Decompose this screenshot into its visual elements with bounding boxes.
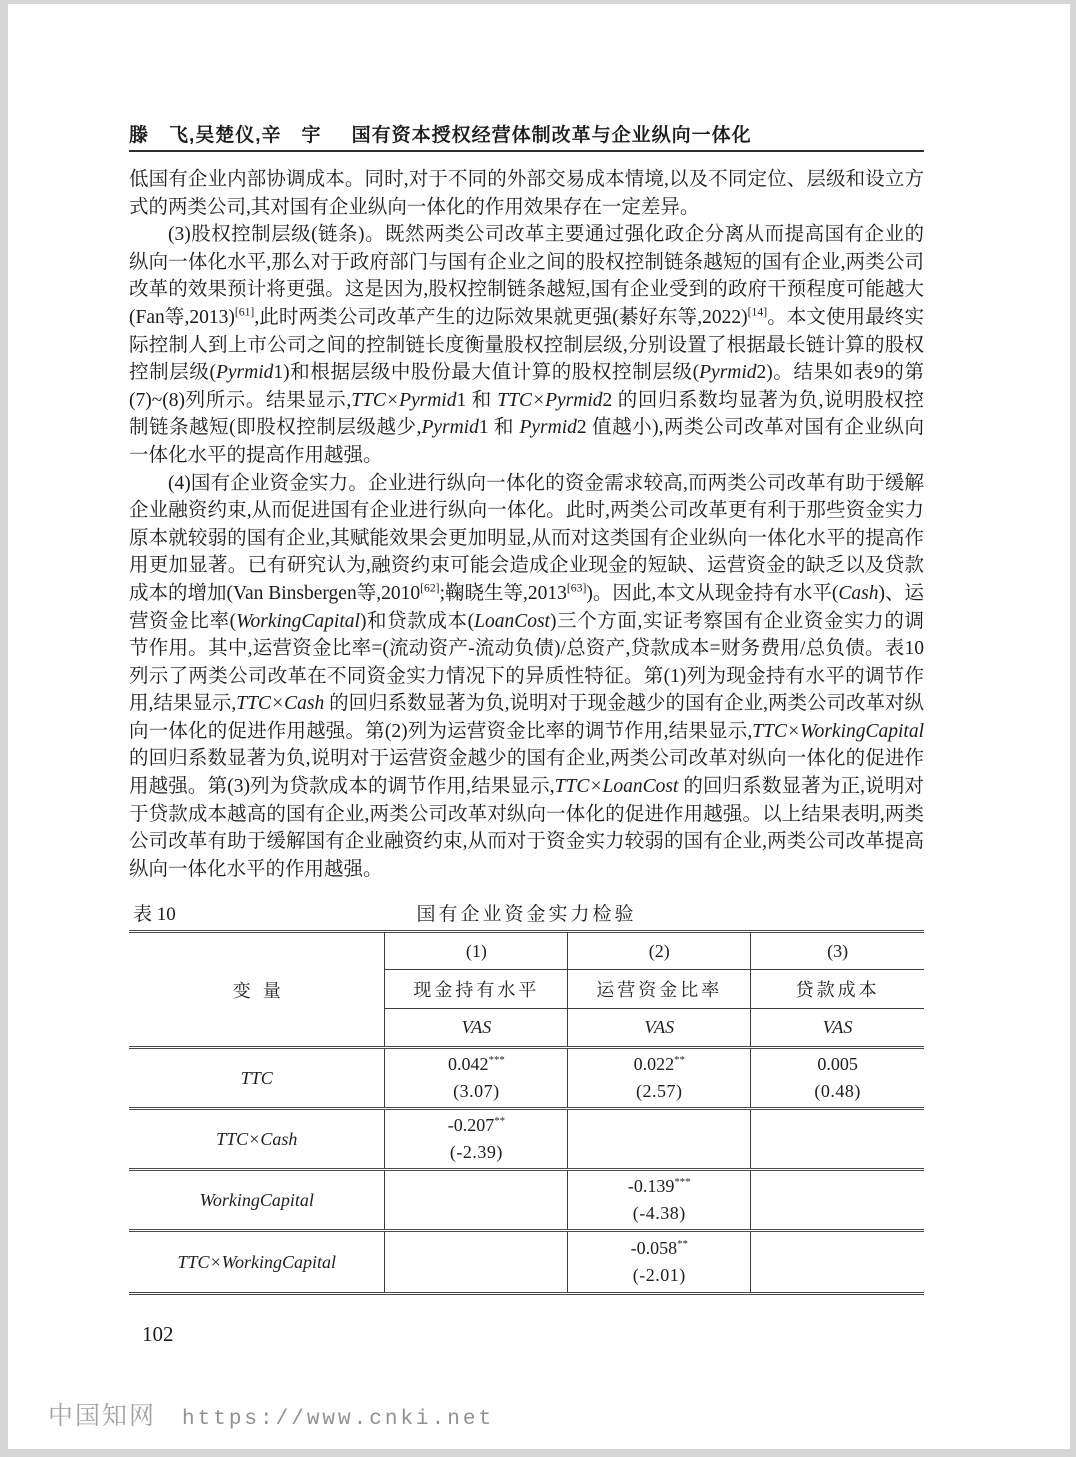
paragraph-continuation: 低国有企业内部协调成本。同时,对于不同的外部交易成本情境,以及不同定位、层级和设… xyxy=(129,166,924,221)
paragraph-equity-control-level: (3)股权控制层级(链条)。既然两类公司改革主要通过强化政企分离从而提高国有企业… xyxy=(129,221,924,469)
cnki-brand-text: 中国知网 xyxy=(48,1403,156,1430)
coef-cell: 0.022** (2.57) xyxy=(568,1048,751,1109)
coef-cell: 0.005 (0.48) xyxy=(751,1048,924,1109)
variable-name-cell: WorkingCapital xyxy=(129,1170,385,1231)
variable-name-cell: TTC×WorkingCapital xyxy=(129,1231,385,1294)
results-table: 变量 (1) (2) (3) 现金持有水平 运营资金比率 贷款成本 VAS VA… xyxy=(129,930,924,1295)
coef-cell: -0.058** (-2.01) xyxy=(568,1231,751,1294)
coef-cell-empty xyxy=(568,1109,751,1170)
col-name-cash: 现金持有水平 xyxy=(385,970,568,1009)
col-name-workingcapital: 运营资金比率 xyxy=(568,970,751,1009)
header-authors: 滕 飞,吴楚仪,辛 宇 xyxy=(129,125,322,146)
col-header-1: (1) xyxy=(385,932,568,970)
dv-label-1: VAS xyxy=(385,1009,568,1048)
coef-cell: -0.207** (-2.39) xyxy=(385,1109,568,1170)
variable-name-cell: TTC xyxy=(129,1048,385,1109)
col-header-2: (2) xyxy=(568,932,751,970)
dv-label-3: VAS xyxy=(751,1009,924,1048)
coef-cell-empty xyxy=(385,1170,568,1231)
dv-label-2: VAS xyxy=(568,1009,751,1048)
table-row-ttc: TTC 0.042*** (3.07) 0.022** (2.57) 0.005… xyxy=(129,1048,924,1109)
col-header-3: (3) xyxy=(751,932,924,970)
table-header-row-numbers: 变量 (1) (2) (3) xyxy=(129,932,924,970)
cnki-url-text: https://www.cnki.net xyxy=(182,1408,494,1431)
table-row-ttc-cash: TTC×Cash -0.207** (-2.39) xyxy=(129,1109,924,1170)
variable-name-cell: TTC×Cash xyxy=(129,1109,385,1170)
coef-cell-empty xyxy=(385,1231,568,1294)
table-header-variable: 变量 xyxy=(129,932,385,1048)
header-article-title: 国有资本授权经营体制改革与企业纵向一体化 xyxy=(352,125,752,146)
scanned-paper-page: 滕 飞,吴楚仪,辛 宇国有资本授权经营体制改革与企业纵向一体化 低国有企业内部协… xyxy=(0,0,1076,1457)
table-caption: 表 10 国有企业资金实力检验 xyxy=(129,899,924,930)
watermark: 中国知网https://www.cnki.net xyxy=(48,1396,494,1432)
table-row-ttc-workingcapital: TTC×WorkingCapital -0.058** (-2.01) xyxy=(129,1231,924,1294)
running-header: 滕 飞,吴楚仪,辛 宇国有资本授权经营体制改革与企业纵向一体化 xyxy=(129,120,924,147)
coef-cell: -0.139*** (-4.38) xyxy=(568,1170,751,1231)
table-title: 国有企业资金实力检验 xyxy=(129,899,924,926)
header-rule xyxy=(129,150,924,152)
col-name-loancost: 贷款成本 xyxy=(751,970,924,1009)
table-row-workingcapital: WorkingCapital -0.139*** (-4.38) xyxy=(129,1170,924,1231)
coef-cell-empty xyxy=(751,1170,924,1231)
body-text: 低国有企业内部协调成本。同时,对于不同的外部交易成本情境,以及不同定位、层级和设… xyxy=(129,166,924,883)
page-number: 102 xyxy=(142,1322,174,1347)
table-section: 表 10 国有企业资金实力检验 变量 (1) (2) (3) 现金持有水平 运营… xyxy=(129,899,924,1295)
coef-cell-empty xyxy=(751,1231,924,1294)
coef-cell: 0.042*** (3.07) xyxy=(385,1048,568,1109)
paragraph-soe-capital-strength: (4)国有企业资金实力。企业进行纵向一体化的资金需求较高,而两类公司改革有助于缓… xyxy=(129,470,924,884)
coef-cell-empty xyxy=(751,1109,924,1170)
